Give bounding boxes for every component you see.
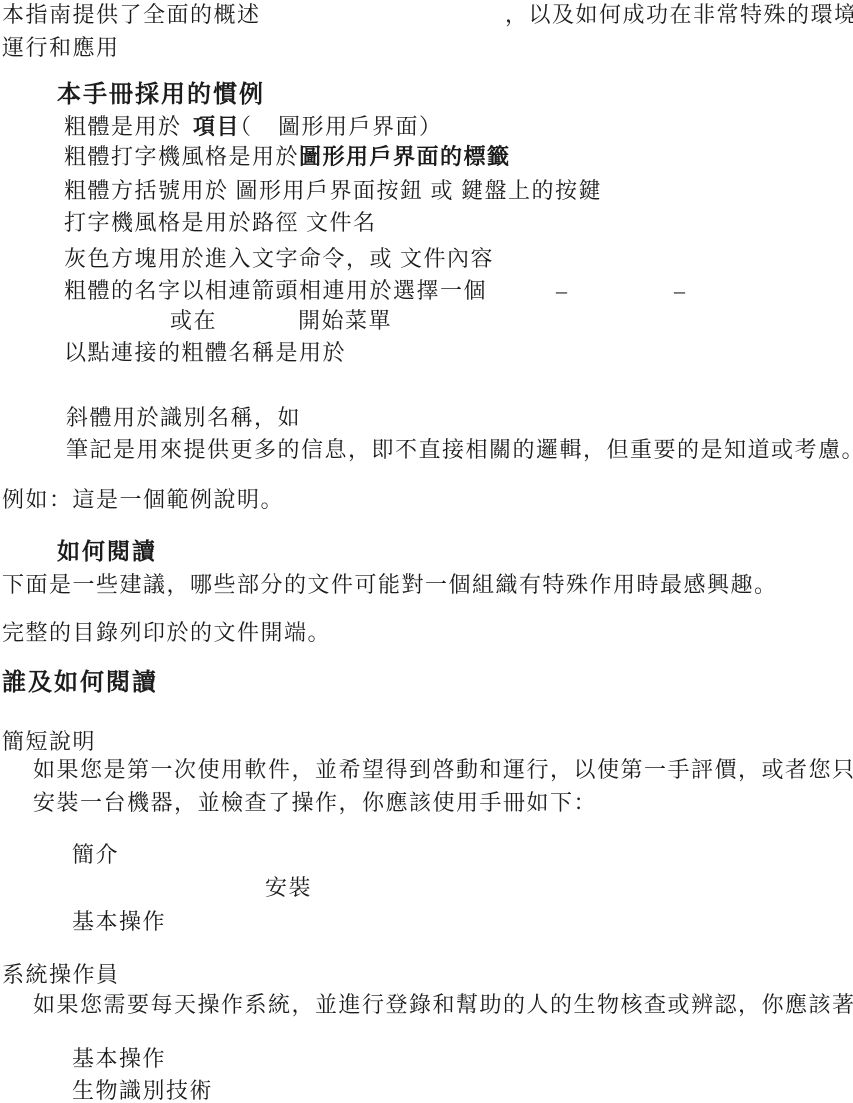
how-to-read-p2: 完整的目錄列印於的文件開端。 bbox=[2, 621, 331, 645]
operator-p1: 如果您需要每天操作系統，並進行登錄和幫助的人的生物核查或辨認，你應該著重於： bbox=[33, 993, 853, 1017]
convention-bold-typewriter-prefix: 粗體打字機風格是用於 bbox=[64, 144, 299, 169]
intro-line2: 運行和應用 bbox=[2, 36, 120, 60]
who-how-heading: 誰及如何閱讀 bbox=[2, 670, 158, 696]
conventions-heading: 本手冊採用的慣例 bbox=[57, 82, 265, 108]
convention-or-in: 或在 bbox=[170, 309, 217, 333]
convention-bold-paren-open: （ bbox=[229, 115, 253, 139]
convention-gray-box: 灰色方塊用於進入文字命令，或 文件內容 bbox=[64, 247, 494, 271]
convention-note-desc: 筆記是用來提供更多的信息，即不直接相關的邏輯，但重要的是知道或考慮。 bbox=[66, 438, 853, 462]
convention-bold-prefix: 粗體是用於 bbox=[64, 115, 182, 139]
brief-p2: 安裝一台機器，並檢查了操作，你應該使用手冊如下： bbox=[33, 791, 597, 815]
list-item-install: 安裝 bbox=[265, 876, 312, 900]
how-to-read-heading: 如何閱讀 bbox=[57, 539, 157, 564]
list-item-biometrics: 生物識別技術 bbox=[72, 1079, 213, 1103]
convention-arrow-select: 粗體的名字以相連箭頭相連用於選擇一個 bbox=[64, 279, 487, 303]
intro-line1-right: ，以及如何成功在非常特殊的環境 bbox=[505, 3, 853, 27]
menu-path-dash-1: – bbox=[556, 279, 569, 303]
convention-bold-typewriter-bold: 圖形用戶界面的標籤 bbox=[299, 144, 511, 169]
list-item-intro: 簡介 bbox=[72, 843, 119, 867]
how-to-read-p1: 下面是一些建議，哪些部分的文件可能對一個組織有特殊作用時最感興趣。 bbox=[2, 573, 778, 597]
convention-bold-brackets: 粗體方括號用於 圖形用戶界面按鈕 或 鍵盤上的按鍵 bbox=[64, 179, 602, 203]
convention-bold-paren-rest: 圖形用戶界面） bbox=[278, 115, 443, 139]
convention-bold-typewriter: 粗體打字機風格是用於圖形用戶界面的標籤 bbox=[64, 145, 511, 169]
list-item-basic-operation-2: 基本操作 bbox=[72, 1047, 166, 1071]
convention-italic: 斜體用於識別名稱，如 bbox=[66, 406, 301, 430]
menu-path-dash-2: – bbox=[674, 279, 687, 303]
brief-label: 簡短說明 bbox=[2, 730, 96, 754]
convention-start-menu: 開始菜單 bbox=[298, 309, 392, 333]
convention-typewriter: 打字機風格是用於路徑 文件名 bbox=[64, 211, 377, 235]
operator-label: 系統操作員 bbox=[2, 963, 120, 987]
list-item-basic-operation: 基本操作 bbox=[72, 910, 166, 934]
manual-document-page: 本指南提供了全面的概述 ，以及如何成功在非常特殊的環境 運行和應用 本手冊採用的… bbox=[0, 0, 853, 1103]
brief-p1: 如果您是第一次使用軟件，並希望得到啓動和運行，以使第一手評價，或者您只是想 bbox=[33, 758, 853, 782]
example-line: 例如：這是一個範例說明。 bbox=[2, 488, 284, 512]
convention-dotted-names: 以點連接的粗體名稱是用於 bbox=[64, 341, 346, 365]
intro-line1-left: 本指南提供了全面的概述 bbox=[2, 3, 261, 27]
